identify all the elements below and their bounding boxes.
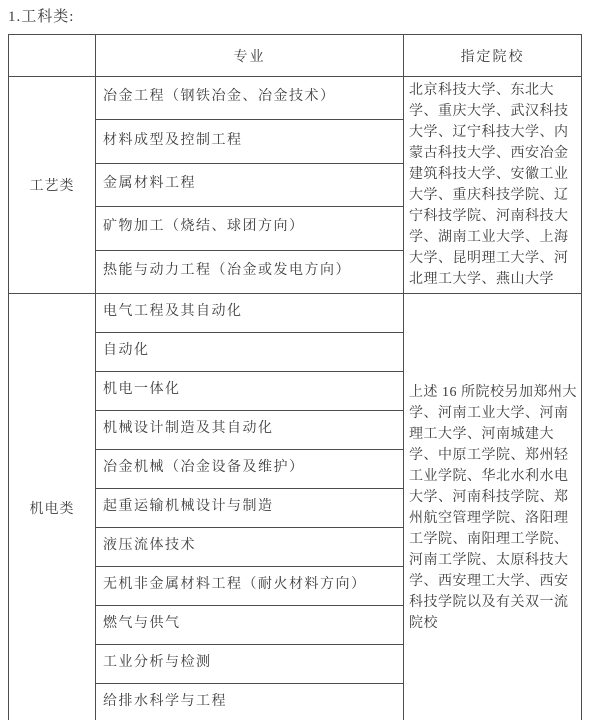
major-cell: 电气工程及其自动化 [96, 294, 404, 333]
major-cell: 冶金机械（冶金设备及维护） [96, 450, 404, 489]
college-cell-jidian: 上述 16 所院校另加郑州大学、河南工业大学、河南理工大学、河南城建大学、中原工… [404, 294, 582, 720]
major-cell: 机电一体化 [96, 372, 404, 411]
major-cell: 材料成型及控制工程 [96, 120, 404, 163]
category-cell-jidian: 机电类 [9, 294, 96, 720]
major-cell: 热能与动力工程（冶金或发电方向） [96, 250, 404, 293]
major-cell: 给排水科学与工程 [96, 684, 404, 720]
major-cell: 机械设计制造及其自动化 [96, 411, 404, 450]
college-cell-gongyi: 北京科技大学、东北大学、重庆大学、武汉科技大学、辽宁科技大学、内蒙古科技大学、西… [404, 77, 582, 294]
college-header-cell: 指定院校 [404, 35, 582, 77]
major-cell: 液压流体技术 [96, 528, 404, 567]
table-header-row: 专业 指定院校 [9, 35, 582, 77]
major-header-cell: 专业 [96, 35, 404, 77]
section-title: 1.工科类: [8, 8, 581, 26]
major-cell: 矿物加工（烧结、球团方向） [96, 207, 404, 250]
major-cell: 燃气与供气 [96, 606, 404, 645]
category-cell-gongyi: 工艺类 [9, 77, 96, 294]
major-cell: 无机非金属材料工程（耐火材料方向） [96, 567, 404, 606]
document-page: 1.工科类: 专业 指定院校 工艺类 冶金工程（钢铁冶金、冶金技术） 北京科技大… [0, 0, 589, 720]
major-cell: 起重运输机械设计与制造 [96, 489, 404, 528]
table-row: 工艺类 冶金工程（钢铁冶金、冶金技术） 北京科技大学、东北大学、重庆大学、武汉科… [9, 77, 582, 120]
major-cell: 冶金工程（钢铁冶金、冶金技术） [96, 77, 404, 120]
table-row: 机电类 电气工程及其自动化 上述 16 所院校另加郑州大学、河南工业大学、河南理… [9, 294, 582, 333]
major-cell: 工业分析与检测 [96, 645, 404, 684]
category-header-cell [9, 35, 96, 77]
major-cell: 金属材料工程 [96, 163, 404, 206]
major-cell: 自动化 [96, 333, 404, 372]
majors-table: 专业 指定院校 工艺类 冶金工程（钢铁冶金、冶金技术） 北京科技大学、东北大学、… [8, 34, 582, 720]
